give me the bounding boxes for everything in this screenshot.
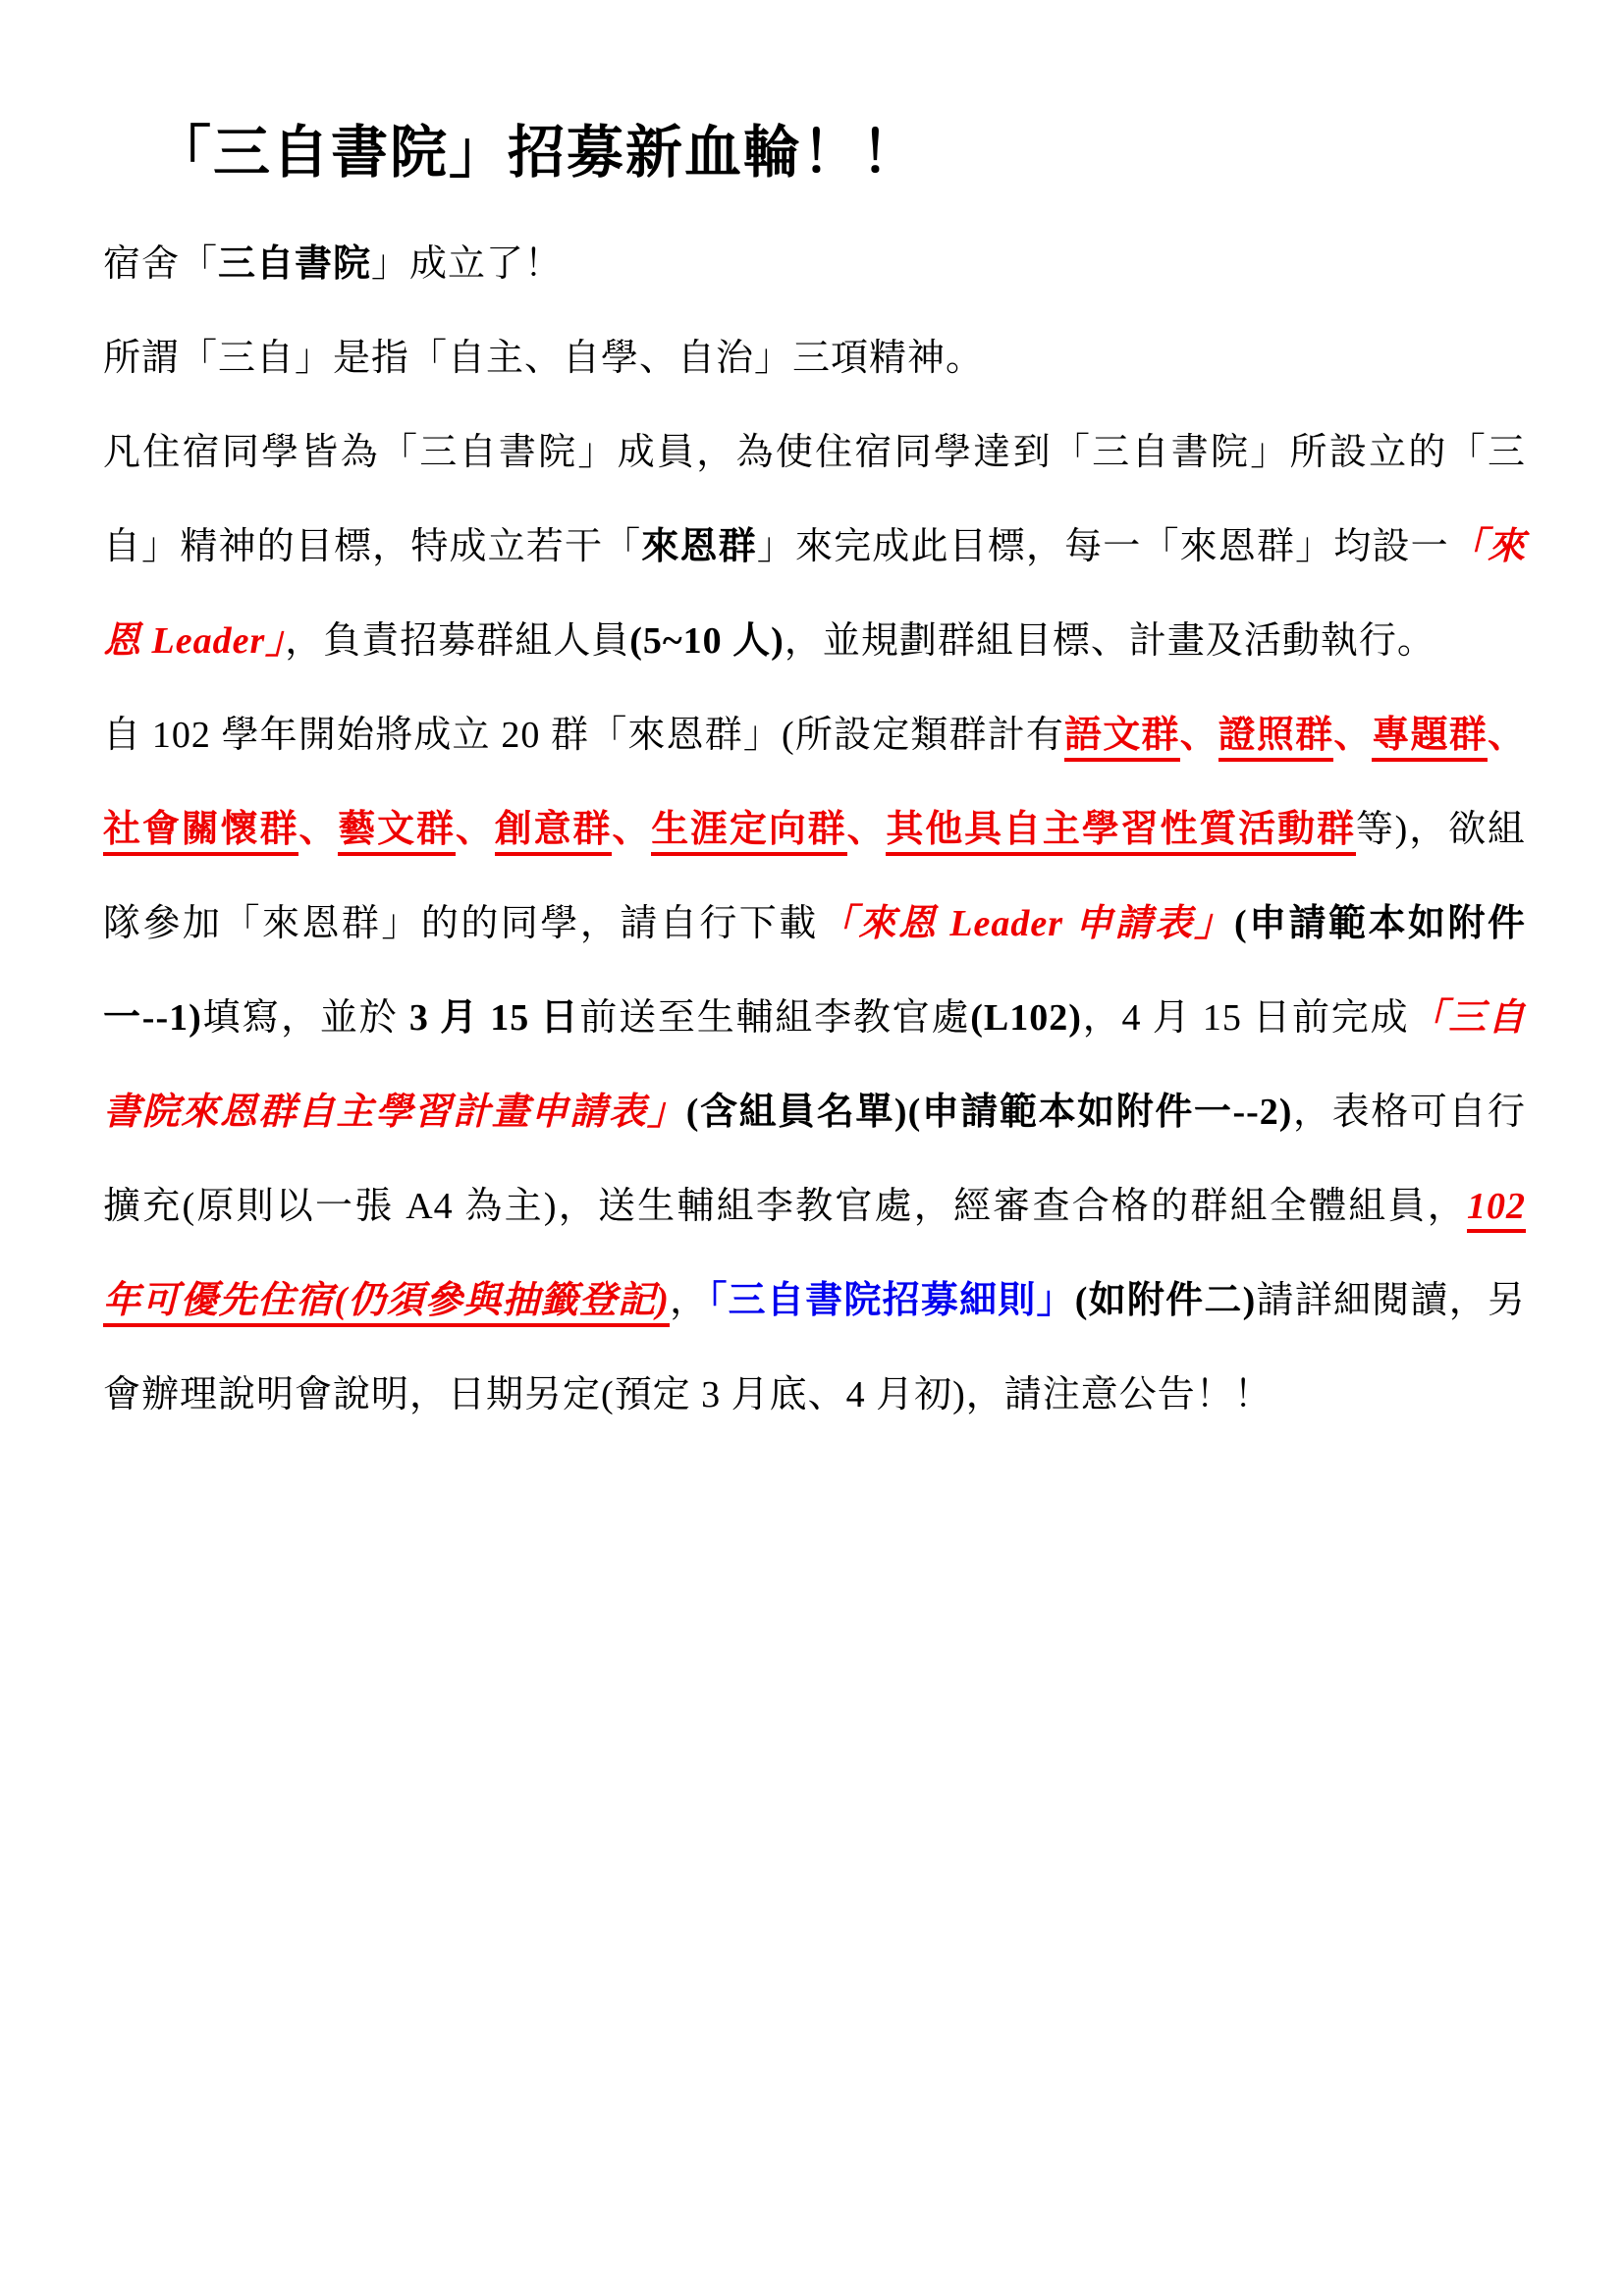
text-run: 三自書院 xyxy=(218,243,371,285)
document-title: 「三自書院」招募新血輪！！ xyxy=(103,108,1526,199)
text-run: 社會關懷群 xyxy=(103,809,298,856)
document-body: 宿舍「三自書院」成立了！所謂「三自」是指「自主、自學、自治」三項精神。凡住宿同學… xyxy=(103,217,1526,1442)
paragraph: 自 102 學年開始將成立 20 群「來恩群」(所設定類群計有語文群、證照群、專… xyxy=(103,688,1526,1442)
paragraph: 所謂「三自」是指「自主、自學、自治」三項精神。 xyxy=(103,311,1526,405)
text-run: 藝文群 xyxy=(338,809,456,856)
text-run: 生涯定向群 xyxy=(651,809,846,856)
text-run: 創意群 xyxy=(495,809,613,856)
text-run: 、 xyxy=(1180,715,1218,756)
text-run: 、 xyxy=(298,809,338,850)
text-run: 「三自書院招募細則」 xyxy=(708,1280,1074,1321)
text-run: (L102) xyxy=(970,997,1082,1039)
text-run: 「來恩 Leader 申請表」 xyxy=(819,903,1234,944)
text-run: 來恩群 xyxy=(641,526,757,567)
text-run: 、 xyxy=(1333,715,1372,756)
text-run: 」來完成此目標，每一「來恩群」均設一 xyxy=(757,526,1449,567)
text-run: 語文群 xyxy=(1064,715,1180,762)
text-run: 、 xyxy=(847,809,887,850)
text-run: ，並規劃群組目標、計畫及活動執行。 xyxy=(785,620,1435,662)
text-run: (如附件二) xyxy=(1075,1280,1257,1321)
paragraph: 凡住宿同學皆為「三自書院」成員，為使住宿同學達到「三自書院」所設立的「三自」精神… xyxy=(103,405,1526,688)
text-run: ，負責招募群組人員 xyxy=(285,620,629,662)
paragraph: 宿舍「三自書院」成立了！ xyxy=(103,217,1526,311)
text-run: ，4 月 15 日前完成 xyxy=(1082,997,1409,1039)
text-run: 其他具自主學習性質活動群 xyxy=(886,809,1355,856)
document-page: 「三自書院」招募新血輪！！ 宿舍「三自書院」成立了！所謂「三自」是指「自主、自學… xyxy=(0,0,1624,2296)
text-run: 、 xyxy=(612,809,651,850)
text-run: 專題群 xyxy=(1372,715,1488,762)
text-run: 、 xyxy=(456,809,495,850)
text-run: ， xyxy=(670,1280,708,1321)
text-run: 、 xyxy=(1488,715,1526,756)
text-run: 3 月 15 日 xyxy=(409,997,579,1039)
text-run: 所謂「三自」是指「自主、自學、自治」三項精神。 xyxy=(103,338,984,379)
text-run: 填寫，並於 xyxy=(202,997,409,1039)
text-run: (含組員名單)(申請範本如附件一--2) xyxy=(686,1092,1293,1133)
text-run: (5~10 人) xyxy=(629,620,785,662)
text-run: 證照群 xyxy=(1218,715,1334,762)
text-run: 宿舍「 xyxy=(103,243,218,285)
text-run: 自 102 學年開始將成立 20 群「來恩群」(所設定類群計有 xyxy=(103,715,1064,756)
text-run: 前送至生輔組李教官處 xyxy=(579,997,970,1039)
text-run: 」成立了！ xyxy=(371,243,563,285)
